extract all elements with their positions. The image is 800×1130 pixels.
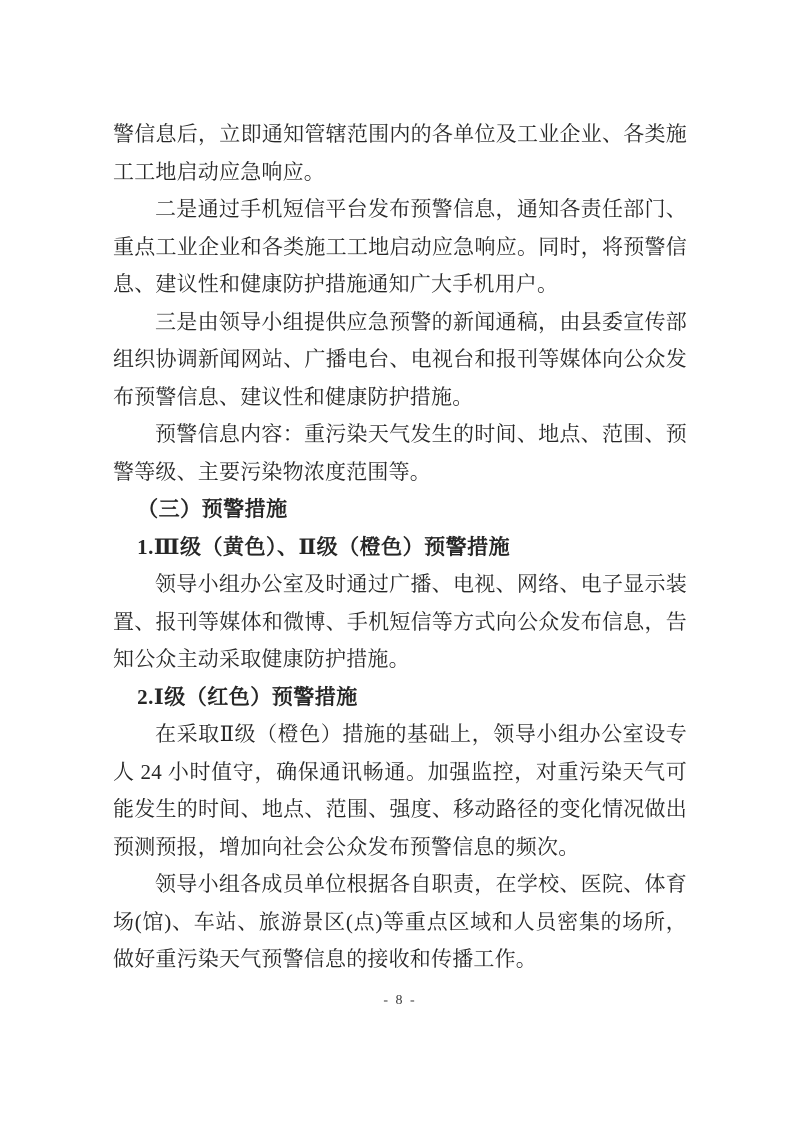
paragraph-red-alert-duty: 在采取Ⅱ级（橙色）措施的基础上，领导小组办公室设专人 24 小时值守，确保通讯畅…: [113, 716, 687, 866]
paragraph-news-release: 三是由领导小组提供应急预警的新闻通稿，由县委宣传部组织协调新闻网站、广播电台、电…: [113, 304, 687, 417]
paragraph-sms-platform: 二是通过手机短信平台发布预警信息，通知各责任部门、重点工业企业和各类施工工地启动…: [113, 191, 687, 304]
section-heading-warning-measures: （三）预警措施: [113, 491, 687, 529]
paragraph-member-units: 领导小组各成员单位根据各自职责，在学校、医院、体育场(馆)、车站、旅游景区(点)…: [113, 866, 687, 979]
paragraph-warning-content: 预警信息内容：重污染天气发生的时间、地点、范围、预警等级、主要污染物浓度范围等。: [113, 416, 687, 491]
paragraph-office-broadcast: 领导小组办公室及时通过广播、电视、网络、电子显示装置、报刊等媒体和微博、手机短信…: [113, 566, 687, 679]
subheading-level1-measures: 2.Ⅰ级（红色）预警措施: [113, 679, 687, 717]
subheading-level3-level2-measures: 1.Ⅲ级（黄色）、Ⅱ级（橙色）预警措施: [113, 529, 687, 567]
document-page: 警信息后，立即通知管辖范围内的各单位及工业企业、各类施工工地启动应急响应。 二是…: [0, 0, 800, 1130]
document-body: 警信息后，立即通知管辖范围内的各单位及工业企业、各类施工工地启动应急响应。 二是…: [113, 116, 687, 979]
paragraph-continuation: 警信息后，立即通知管辖范围内的各单位及工业企业、各类施工工地启动应急响应。: [113, 116, 687, 191]
page-number: - 8 -: [113, 991, 687, 1011]
